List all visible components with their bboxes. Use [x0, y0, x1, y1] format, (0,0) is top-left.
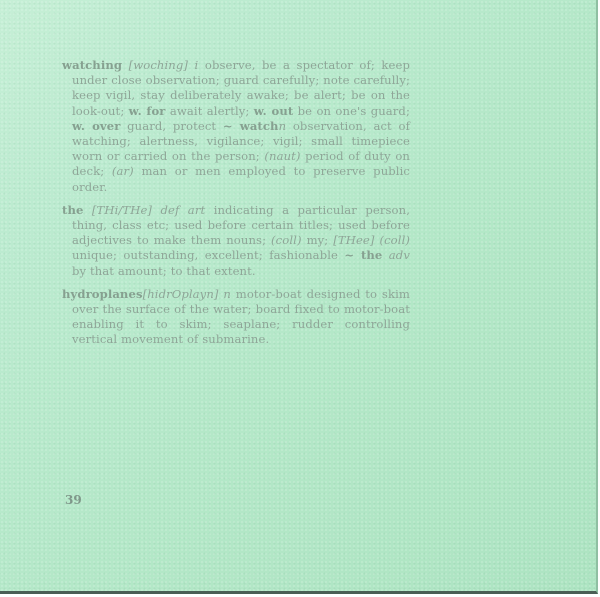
part-of-speech: n [223, 287, 231, 301]
pronunciation: [hidrOplayn] [143, 287, 219, 301]
entry-hydroplanes: hydroplanes[hidrOplayn] n motor-boat des… [62, 287, 410, 348]
headword: hydroplanes [62, 287, 143, 301]
record-sleeve: watching [woching] i observe, be a spect… [0, 0, 598, 594]
part-of-speech: def art [160, 203, 205, 217]
sub-term: w. out [254, 104, 294, 118]
usage-label: (naut) [264, 149, 300, 163]
sub-definition: await alertly; [170, 104, 250, 118]
part-of-speech: n [279, 119, 287, 133]
usage-definition: my; [307, 233, 329, 247]
sub-term: w. for [129, 104, 166, 118]
dictionary-text: watching [woching] i observe, be a spect… [62, 58, 410, 356]
entry-watching: watching [woching] i observe, be a spect… [62, 58, 410, 195]
entry-the: the [THi/THe] def art indicating a parti… [62, 203, 410, 279]
usage-label: (ar) [112, 164, 134, 178]
usage-label: (coll) [379, 233, 410, 247]
sub-definition: guard, protect [127, 119, 216, 133]
usage-label: (coll) [271, 233, 302, 247]
derived-definition: by that amount; to that extent. [72, 264, 256, 278]
part-of-speech: adv [389, 248, 410, 262]
page-number: 39 [65, 493, 82, 507]
sub-definition: be on one's guard; [298, 104, 410, 118]
sub-term: w. over [72, 119, 120, 133]
headword: watching [62, 58, 122, 72]
part-of-speech: i [195, 58, 199, 72]
pronunciation: [woching] [129, 58, 188, 72]
derived-term: ~ watch [223, 119, 279, 133]
derived-term: ~ the [344, 248, 382, 262]
headword: the [62, 203, 83, 217]
pronunciation: [THee] [333, 233, 374, 247]
usage-definition: unique; outstanding, excellent; fashiona… [72, 248, 338, 262]
pronunciation: [THi/THe] [92, 203, 152, 217]
